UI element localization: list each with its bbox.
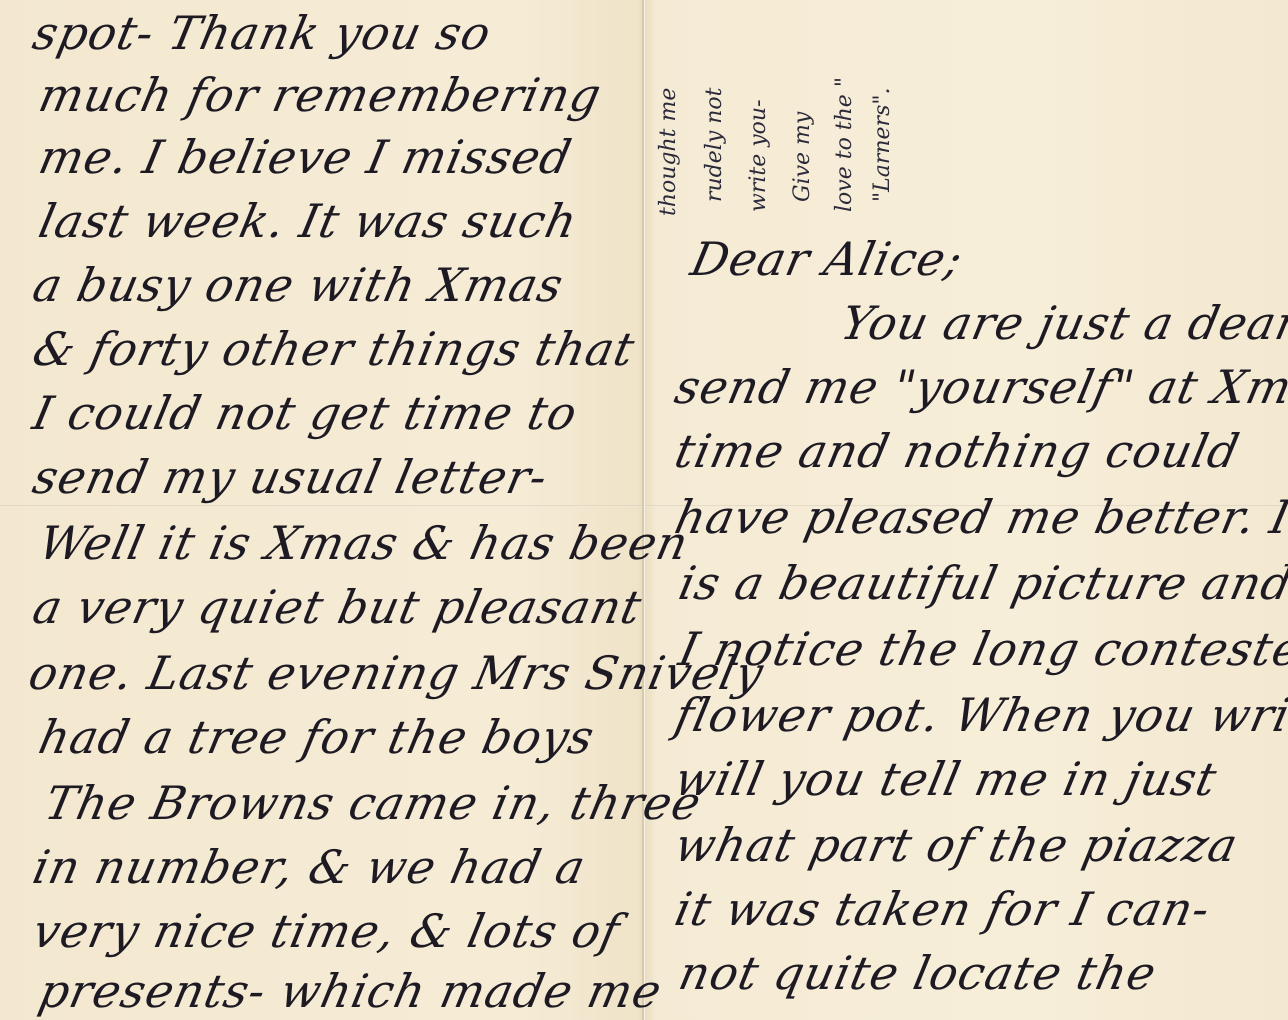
left-page: spot- Thank you so much for remembering … [0, 0, 640, 1020]
margin-note-line: rudely not [702, 87, 727, 202]
letter-line: much for remembering [34, 68, 606, 122]
letter-spread: spot- Thank you so much for remembering … [0, 0, 1288, 1020]
letter-line: Well it is Xmas & has been [34, 516, 693, 570]
letter-line: what part of the piazza [670, 818, 1243, 872]
letter-line: is a beautiful picture and [674, 556, 1288, 610]
center-fold-crease [642, 0, 644, 1020]
letter-line: will you tell me in just [670, 752, 1222, 806]
margin-note-line: thought me [656, 88, 681, 216]
letter-line: I could not get time to [28, 386, 582, 440]
letter-line: have pleased me better. It [670, 490, 1288, 544]
letter-line: me. I believe I missed [34, 130, 577, 184]
salutation: Dear Alice; [686, 232, 968, 286]
letter-line: send me "yourself" at Xmas [670, 360, 1288, 414]
letter-line: send my usual letter- [28, 450, 553, 504]
margin-note-line: love to the " [832, 77, 857, 212]
margin-note-line: Give my [790, 112, 815, 202]
letter-line: presents- which made me [34, 964, 667, 1018]
letter-line: & forty other things that [28, 322, 640, 376]
letter-line: not quite locate the [674, 946, 1161, 1000]
letter-line: it was taken for I can- [670, 882, 1215, 936]
letter-line: very nice time, & lots of [28, 904, 625, 958]
letter-line: a busy one with Xmas [28, 258, 568, 312]
right-page: thought me rudely not write you- Give my… [646, 0, 1288, 1020]
margin-note-line: write you- [746, 99, 771, 212]
letter-line: The Browns came in, three [40, 776, 706, 830]
letter-line: flower pot. When you write [670, 688, 1288, 742]
letter-line: time and nothing could [670, 424, 1244, 478]
letter-line: spot- Thank you so [28, 6, 496, 60]
letter-line: had a tree for the boys [34, 710, 599, 764]
letter-line: last week. It was such [34, 194, 582, 248]
margin-note: thought me rudely not write you- Give my… [654, 2, 894, 212]
margin-note-line: "Larners". [870, 88, 895, 202]
letter-line: You are just a dear to [836, 296, 1288, 350]
letter-line: a very quiet but pleasant [28, 580, 647, 634]
letter-line: in number, & we had a [28, 840, 590, 894]
letter-line: I notice the long contested [674, 622, 1288, 676]
